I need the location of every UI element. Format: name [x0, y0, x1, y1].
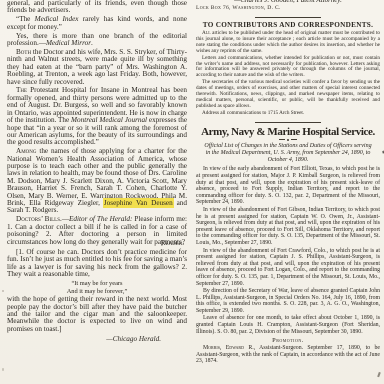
doctors-bills-answer-continued: with the hope of getting their reward in…	[7, 296, 187, 333]
section-divider	[255, 122, 321, 123]
scanned-journal-page: general, and particularly of its friends…	[0, 0, 384, 384]
scan-speck	[2, 290, 4, 292]
text-run: Yes, there is more than one branch of th…	[7, 32, 187, 47]
contributors-rule-societies: The secretaries of the various medical s…	[196, 80, 380, 110]
pen-tick-mark	[377, 372, 380, 377]
army-official-list-subtitle: Official List of Changes in the Stations…	[204, 143, 372, 164]
order-crampton: Leave of absence for one month, to take …	[196, 315, 380, 335]
section-divider	[255, 17, 321, 18]
text-run: with the hope of getting their reward in…	[7, 295, 187, 333]
highlighted-name: Josephine Van Deusen	[104, 199, 173, 207]
text-run: Address all communications to 1715 Arch …	[202, 110, 304, 116]
text-run: .	[91, 39, 93, 47]
contributors-heading: TO CONTRIBUTORS AND CORRESPONDENTS.	[196, 21, 380, 29]
contributors-address: Address all communications to 1715 Arch …	[196, 111, 380, 117]
text-run: “It may be for years	[71, 280, 122, 287]
scan-speck	[2, 368, 4, 371]
text-run: In view of the early abandonment of Fort…	[196, 166, 380, 205]
verse-line: “It may be for years	[7, 280, 187, 287]
clipped-signature-text: —Charles J. Gooden, Patent Attorney.	[234, 0, 342, 4]
text-run: articles to be published under the head …	[196, 30, 380, 54]
promotion-morris: Morris, Edward R., Assistant-Surgeon. Se…	[196, 345, 380, 365]
doctors-bills-answer: [1. Of course he can. Doctors don’t prac…	[7, 249, 187, 279]
order-kimball: In view of the early abandonment of Fort…	[196, 166, 380, 206]
army-section-heading: Army, Navy & Marine Hospital Service.	[196, 126, 380, 138]
text-run: In view of the abandonment of Fort Crawf…	[196, 248, 380, 287]
promotion-body: Morris, Edward R., Assistant-Surgeon. Se…	[196, 345, 380, 365]
text-run: Reader.	[161, 239, 184, 247]
text-run: In view of the abandonment of Fort Gibso…	[196, 207, 380, 246]
medical-index-quote: “The Medical Index rarely has kind words…	[7, 16, 187, 31]
order-phillips-john: By direction of the Secretary of War, le…	[196, 288, 380, 314]
left-column: general, and particularly of its friends…	[7, 0, 187, 343]
clipped-signature-line: —Charles J. Gooden, Patent Attorney.	[196, 0, 380, 4]
womens-health-association-item: Among the names of those applying for a …	[7, 148, 187, 215]
text-run: Letters and communications, whether inte…	[196, 55, 380, 79]
contributors-rule-articles: All articles to be published under the h…	[196, 31, 380, 55]
ornament-bar	[279, 139, 285, 140]
army-orders-body: In view of the early abandonment of Fort…	[196, 166, 380, 335]
order-owen: In view of the abandonment of Fort Gibso…	[196, 207, 380, 247]
editorial-profession-note: Yes, there is more than one branch of th…	[7, 33, 187, 48]
order-phillips-js: In view of the abandonment of Fort Crawf…	[196, 248, 380, 288]
contributors-body: All articles to be published under the h…	[196, 31, 380, 117]
text-run: [1. Of course he can. Doctors don’t prac…	[7, 248, 187, 278]
text-run: By direction of the Secretary of War, le…	[196, 288, 380, 314]
text-run: general, and particularly of its friends…	[7, 0, 187, 14]
text-run: —Chicago Herald.	[106, 335, 161, 343]
promotion-heading: Promotion.	[196, 337, 380, 344]
ornament-bar	[291, 139, 297, 140]
text-run: Leave of absence for one month, to take …	[196, 315, 380, 334]
verse-line: And it may be forever,”	[7, 288, 187, 295]
lock-box-line: Lock Box 76, Washington, D. C.	[196, 5, 380, 12]
montreal-hospital-item: The Protestant Hospital for Insane in Mo…	[7, 87, 187, 146]
text-run: Medical Mirror	[46, 39, 91, 47]
text-run: And it may be forever,”	[67, 288, 128, 295]
right-column: —Charles J. Gooden, Patent Attorney. Loc…	[196, 0, 380, 366]
chicago-herald-attribution: —Chicago Herald.	[7, 335, 161, 343]
contributors-rule-letters: Letters and communications, whether inte…	[196, 56, 380, 80]
text-run: the Doctor and his wife, Mrs. S. S. Stry…	[7, 48, 187, 86]
text-run: Morris, Edward R.,	[203, 345, 255, 351]
ornament-divider	[196, 139, 380, 141]
text-run: The secretaries of the various medical s…	[196, 79, 380, 109]
continuation-paragraph: general, and particularly of its friends…	[7, 0, 187, 15]
ornament-dot	[287, 139, 289, 141]
stryker-item: Both the Doctor and his wife, Mrs. S. S.…	[7, 49, 187, 86]
